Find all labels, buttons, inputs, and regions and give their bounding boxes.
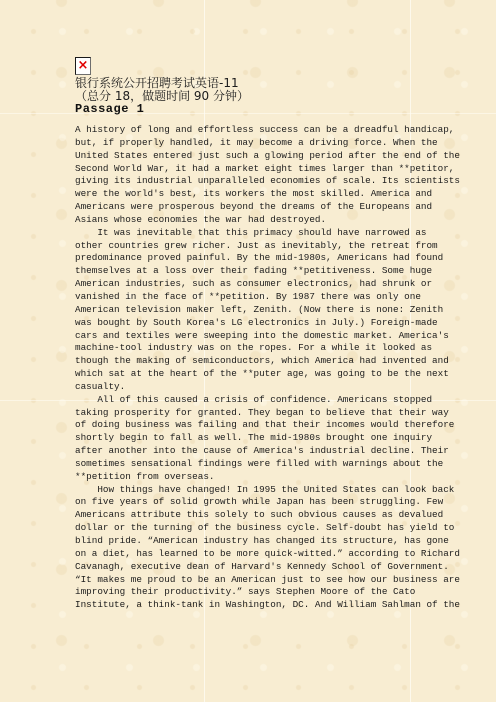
passage-text: A history of long and effortless success…	[75, 124, 485, 612]
red-x-icon: ×	[76, 58, 90, 73]
passage-paragraph-4: How things have changed! In 1995 the Uni…	[75, 484, 485, 612]
passage-paragraph-3: All of this caused a crisis of confidenc…	[75, 394, 485, 484]
exam-document-page: × 银行系统公开招聘考试英语-11 （总分 18，做题时间 90 分钟） Pas…	[0, 0, 496, 702]
passage-heading: Passage 1	[75, 103, 144, 116]
broken-image-icon: ×	[75, 57, 91, 75]
passage-paragraph-2: It was inevitable that this primacy shou…	[75, 227, 485, 394]
passage-paragraph-1: A history of long and effortless success…	[75, 124, 485, 227]
